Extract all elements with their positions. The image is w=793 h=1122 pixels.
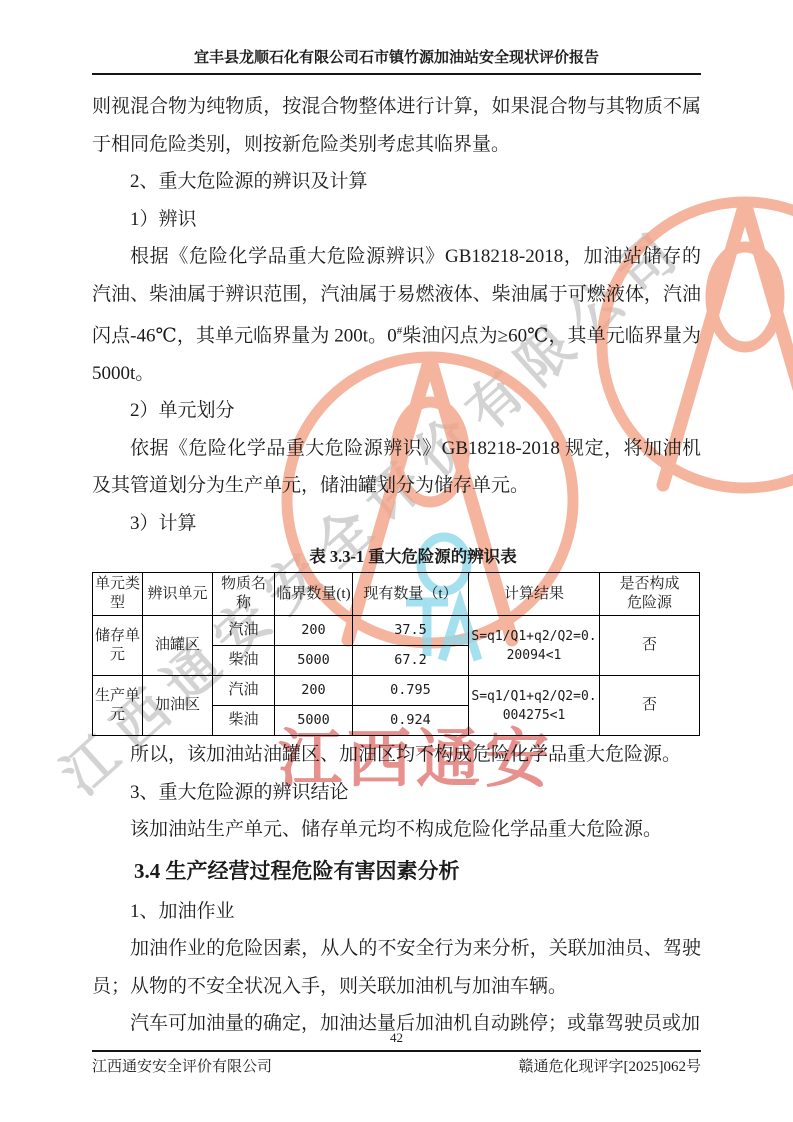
footer-company: 江西通安安全评价有限公司 bbox=[92, 1055, 272, 1076]
paragraph: 依据《危险化学品重大危险源辨识》GB18218-2018 规定，将加油机及其管道… bbox=[92, 430, 701, 505]
header-divider bbox=[92, 73, 701, 75]
actual-qty-cell: 37.5 bbox=[353, 616, 469, 646]
material-cell: 柴油 bbox=[213, 646, 275, 676]
paragraph: 则视混合物为纯物质，按混合物整体进行计算，如果混合物与其物质不属于相同危险类别，… bbox=[92, 88, 701, 163]
calc-result-cell: S=q1/Q1+q2/Q2=0.20094<1 bbox=[469, 616, 600, 676]
list-item-heading: 3）计算 bbox=[92, 505, 701, 543]
list-item-heading: 1、加油作业 bbox=[92, 893, 701, 931]
critical-qty-cell: 200 bbox=[275, 616, 353, 646]
page-footer: 江西通安安全评价有限公司 赣通危化现评字[2025]062号 bbox=[92, 1055, 701, 1076]
header-cell: 现有数量（t） bbox=[353, 573, 469, 616]
material-cell: 汽油 bbox=[213, 676, 275, 706]
header-cell: 计算结果 bbox=[469, 573, 600, 616]
material-cell: 汽油 bbox=[213, 616, 275, 646]
calc-result-cell: S=q1/Q1+q2/Q2=0.004275<1 bbox=[469, 676, 600, 736]
page-body: 则视混合物为纯物质，按混合物整体进行计算，如果混合物与其物质不属于相同危险类别，… bbox=[92, 88, 701, 1043]
formula-text: S=q1/Q1+q2/Q2=0.004275<1 bbox=[471, 689, 596, 723]
formula-text: S=q1/Q1+q2/Q2=0.20094<1 bbox=[471, 629, 596, 663]
material-cell: 柴油 bbox=[213, 706, 275, 736]
paragraph: 该加油站生产单元、储存单元均不构成危险化学品重大危险源。 bbox=[92, 811, 701, 849]
report-header-title: 宜丰县龙顺石化有限公司石市镇竹源加油站安全现状评价报告 bbox=[0, 46, 793, 67]
critical-qty-cell: 5000 bbox=[275, 646, 353, 676]
is-major-cell: 否 bbox=[600, 676, 700, 736]
document-page: 江西通安安全评价有限公司 江西通安 bbox=[0, 0, 793, 1122]
list-item-heading: 3、重大危险源的辨识结论 bbox=[92, 774, 701, 812]
is-major-cell: 否 bbox=[600, 616, 700, 676]
page-number: 42 bbox=[0, 1030, 793, 1046]
footer-doc-number: 赣通危化现评字[2025]062号 bbox=[519, 1055, 702, 1076]
list-item-heading: 1）辨识 bbox=[92, 201, 701, 239]
table-row: 储存单元 油罐区 汽油 200 37.5 S=q1/Q1+q2/Q2=0.200… bbox=[93, 616, 700, 646]
paragraph: 所以，该加油站油罐区、加油区均不构成危险化学品重大危险源。 bbox=[92, 736, 701, 774]
list-item-heading: 2、重大危险源的辨识及计算 bbox=[92, 163, 701, 201]
header-cell: 辨识单元 bbox=[143, 573, 213, 616]
unit-type-cell: 生产单元 bbox=[93, 676, 143, 736]
critical-qty-cell: 5000 bbox=[275, 706, 353, 736]
footer-divider bbox=[92, 1050, 701, 1052]
actual-qty-cell: 67.2 bbox=[353, 646, 469, 676]
header-cell: 物质名称 bbox=[213, 573, 275, 616]
paragraph: 加油作业的危险因素，从人的不安全行为来分析，关联加油员、驾驶员；从物的不安全状况… bbox=[92, 930, 701, 1005]
list-item-heading: 2）单元划分 bbox=[92, 392, 701, 430]
table-header-row: 单元类型 辨识单元 物质名称 临界数量(t) 现有数量（t） 计算结果 是否构成… bbox=[93, 573, 700, 616]
actual-qty-cell: 0.795 bbox=[353, 676, 469, 706]
paragraph: 根据《危险化学品重大危险源辨识》GB18218-2018，加油站储存的汽油、柴油… bbox=[92, 238, 701, 392]
header-cell: 单元类型 bbox=[93, 573, 143, 616]
header-cell: 是否构成危险源 bbox=[600, 573, 700, 616]
table-row: 生产单元 加油区 汽油 200 0.795 S=q1/Q1+q2/Q2=0.00… bbox=[93, 676, 700, 706]
unit-type-cell: 储存单元 bbox=[93, 616, 143, 676]
section-heading-3-4: 3.4 生产经营过程危险有害因素分析 bbox=[92, 849, 701, 893]
unit-name-cell: 油罐区 bbox=[143, 616, 213, 676]
table-caption: 表 3.3-1 重大危险源的辨识表 bbox=[92, 542, 701, 572]
critical-qty-cell: 200 bbox=[275, 676, 353, 706]
hazard-identification-table: 单元类型 辨识单元 物质名称 临界数量(t) 现有数量（t） 计算结果 是否构成… bbox=[92, 572, 700, 736]
actual-qty-cell: 0.924 bbox=[353, 706, 469, 736]
header-cell-text: 是否构成危险源 bbox=[618, 575, 682, 613]
unit-name-cell: 加油区 bbox=[143, 676, 213, 736]
header-cell: 临界数量(t) bbox=[275, 573, 353, 616]
